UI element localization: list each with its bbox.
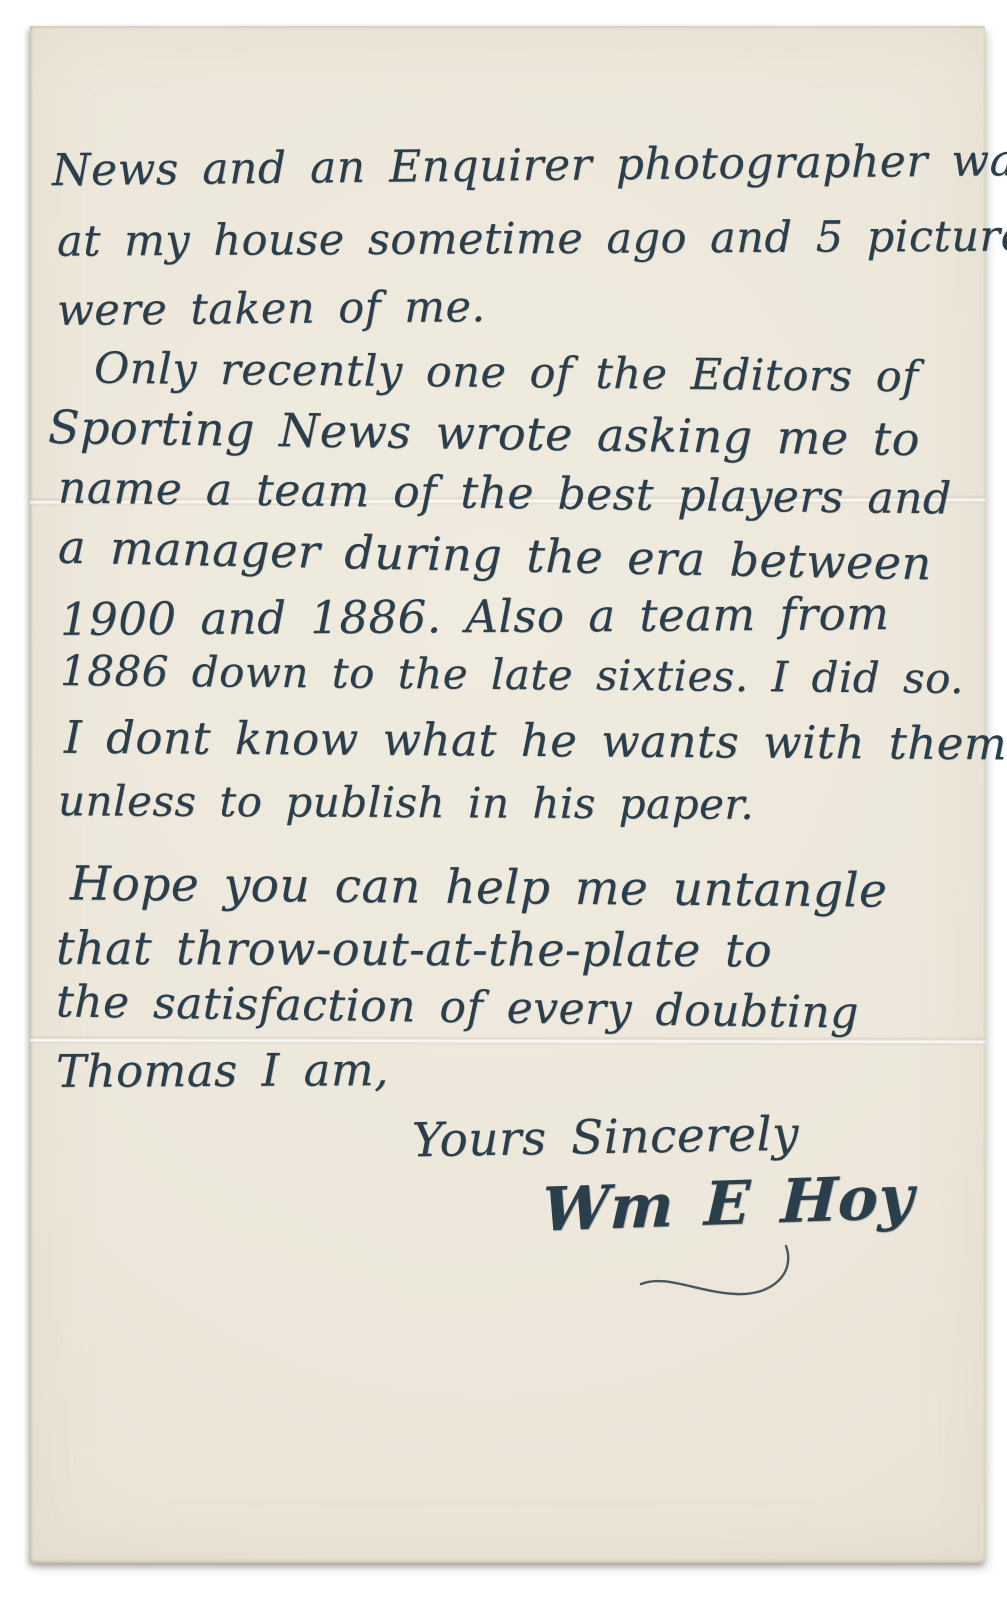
letter-line: Hope you can help me untangle: [70, 860, 888, 914]
letter-line: at my house sometime ago and 5 pictures: [57, 215, 1007, 263]
letter-line: a manager during the era between: [58, 524, 932, 587]
scan-background: News and an Enquirer photographer was at…: [0, 0, 1007, 1600]
letter-line: unless to publish in his paper.: [58, 780, 754, 826]
letter-paper: News and an Enquirer photographer was at…: [30, 26, 985, 1563]
letter-line: name a team of the best players and: [58, 467, 952, 522]
letter-line: were taken of me.: [57, 286, 486, 333]
letter-line: News and an Enquirer photographer was: [52, 139, 1007, 193]
letter-line: I dont know what he wants with them: [64, 715, 1007, 767]
letter-closing: Yours Sincerely: [412, 1111, 800, 1165]
letter-line: Thomas I am,: [56, 1047, 389, 1094]
letter-line: the satisfaction of every doubting: [56, 980, 859, 1035]
signature-flourish: [586, 1244, 816, 1314]
letter-line: 1886 down to the late sixties. I did so.: [60, 650, 964, 700]
letter-line: 1900 and 1886. Also a team from: [60, 591, 890, 642]
letter-line: Only recently one of the Editors of: [94, 348, 919, 400]
letter-line: Sporting News wrote asking me to: [48, 404, 921, 462]
letter-signature: Wm E Hoy: [541, 1167, 915, 1240]
letter-line: that throw-out-at-the-plate to: [56, 925, 772, 973]
